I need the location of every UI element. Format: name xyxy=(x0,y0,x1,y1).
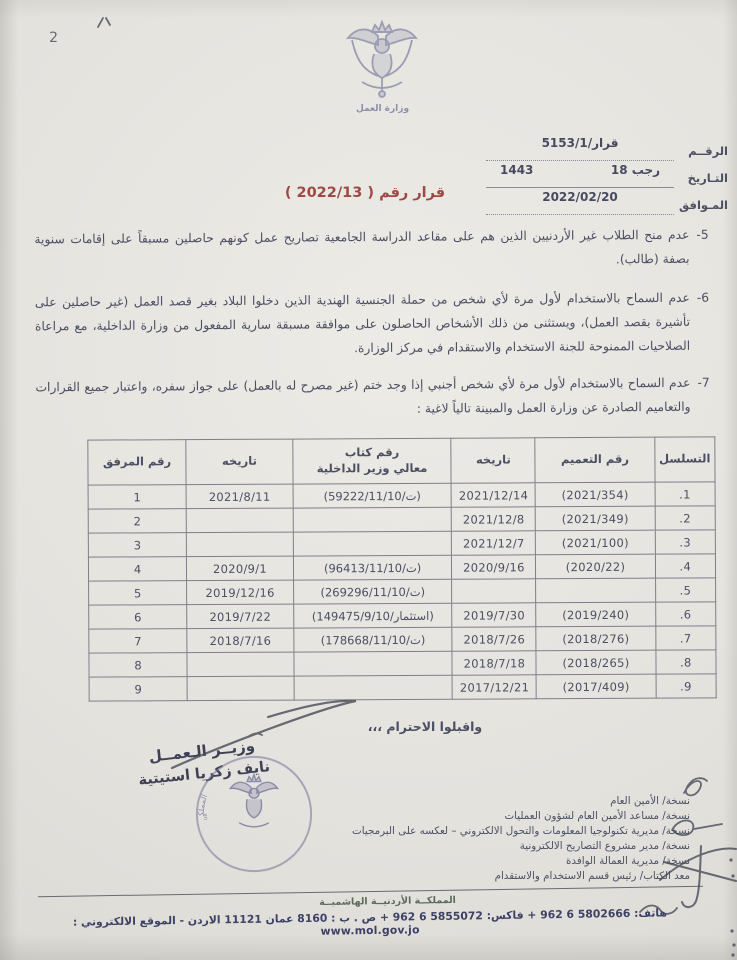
col-header-4: تاريخه xyxy=(186,439,293,485)
reference-block: الرقــم 5153/1/قرار التـاريخ 18 رجب 1443… xyxy=(478,136,730,217)
distribution-item: نسخة/ الأمين العام xyxy=(352,794,690,809)
cell-serial: .6 xyxy=(655,602,715,626)
distribution-item: معد الكتاب/ رئيس قسم الاستخدام والاستقدا… xyxy=(352,869,690,884)
cell-serial: .4 xyxy=(655,554,715,578)
decision-body: 5- عدم منح الطلاب غير الأردنيين الذين هم… xyxy=(34,224,717,425)
cell-circular-number: (2021/100) xyxy=(536,530,655,555)
paragraph-7-text: عدم السماح بالاستخدام لأول مرة لأي شخص أ… xyxy=(35,372,690,425)
cell-letter-date xyxy=(187,532,294,557)
hijri-year: 1443 xyxy=(500,163,533,187)
paragraph-5: 5- عدم منح الطلاب غير الأردنيين الذين هم… xyxy=(34,224,716,277)
col-header-3: رقم كتاب معالي وزير الداخلية xyxy=(293,438,452,484)
cell-interior-letter-number xyxy=(294,675,453,700)
cell-circular-date: 2021/12/14 xyxy=(452,483,536,507)
cell-circular-number: (2021/349) xyxy=(536,506,655,531)
cell-interior-letter-number xyxy=(294,651,453,676)
col-header-5: رقم المرفق xyxy=(88,440,186,486)
ref-number-row: الرقــم 5153/1/قرار xyxy=(478,136,730,163)
cell-attachment-number: 9 xyxy=(89,677,187,702)
cell-attachment-number: 7 xyxy=(89,629,187,654)
cell-circular-date: 2021/12/8 xyxy=(452,507,536,531)
pen-dots xyxy=(729,858,735,956)
table-row: .2(2021/349)2021/12/82 xyxy=(88,506,715,533)
ref-agreed-value: 2022/02/20 xyxy=(486,190,674,215)
cell-letter-date: 2019/12/16 xyxy=(187,580,294,605)
cell-circular-date: 2018/7/26 xyxy=(452,627,536,651)
col-header-1: رقم التعميم xyxy=(535,437,655,483)
hijri-day: 18 رجب xyxy=(611,163,660,187)
cell-circular-number xyxy=(536,578,655,603)
cell-circular-number: (2021/354) xyxy=(535,482,654,507)
distribution-item: نسخة/ مساعد الأمين العام لشؤون العمليات xyxy=(352,809,690,824)
footer-contact-line: هاتف: 5802666 6 962 + فاكس: 5855072 6 96… xyxy=(28,906,712,943)
distribution-item: نسخة/ مديرية تكنولوجيا المعلومات والتحول… xyxy=(352,824,690,839)
cell-serial: .7 xyxy=(655,626,715,650)
pen-loop-1 xyxy=(684,778,707,795)
cell-circular-number: (2020/22) xyxy=(536,554,655,579)
cell-interior-letter-number xyxy=(293,531,452,556)
stamp-emblem-icon xyxy=(230,775,277,827)
paragraph-6-text: عدم السماح بالاستخدام لأول مرة لأي شخص م… xyxy=(35,287,690,363)
paragraph-7: 7- عدم السماح بالاستخدام لأول مرة لأي شخ… xyxy=(35,371,717,424)
cell-letter-date: 2020/9/1 xyxy=(187,556,294,581)
cancelled-decisions-table: التسلسلرقم التعميمتاريخهرقم كتاب معالي و… xyxy=(87,436,716,701)
table-row: .8(2018/265)2018/7/188 xyxy=(89,650,716,677)
cell-letter-date: 2018/7/16 xyxy=(187,628,294,653)
cell-circular-date: 2019/7/30 xyxy=(452,603,536,627)
cell-interior-letter-number: (59222/ت/11/10) xyxy=(293,483,452,508)
cell-attachment-number: 3 xyxy=(88,533,186,558)
handwritten-page-number: 2 xyxy=(49,30,58,46)
cell-interior-letter-number: (96413/ت/11/10) xyxy=(293,555,452,580)
cell-circular-date: 2021/12/7 xyxy=(452,531,536,555)
cell-attachment-number: 4 xyxy=(88,557,186,582)
table-row: .6(2019/240)2019/7/30(149475/استثمار/9/1… xyxy=(89,602,716,629)
cell-interior-letter-number xyxy=(293,507,452,532)
paragraph-6: 6- عدم السماح بالاستخدام لأول مرة لأي شخ… xyxy=(35,287,717,364)
cell-attachment-number: 1 xyxy=(88,485,186,510)
cell-circular-number: (2019/240) xyxy=(536,602,655,627)
cell-circular-date xyxy=(452,579,536,603)
cell-serial: .1 xyxy=(655,482,715,506)
cell-letter-date: 2021/8/11 xyxy=(186,484,293,509)
ref-date-label: التـاريخ xyxy=(688,171,728,185)
paragraph-5-text: عدم منح الطلاب غير الأردنيين الذين هم عل… xyxy=(34,224,689,277)
cell-serial: .9 xyxy=(656,674,716,698)
cell-letter-date xyxy=(187,652,294,677)
cell-serial: .3 xyxy=(655,530,715,554)
col-header-0: التسلسل xyxy=(654,437,715,482)
jordan-coat-of-arms-icon xyxy=(332,18,432,104)
cell-letter-date: 2019/7/22 xyxy=(187,604,294,629)
table-header-row: التسلسلرقم التعميمتاريخهرقم كتاب معالي و… xyxy=(88,437,715,485)
cell-attachment-number: 8 xyxy=(89,653,187,678)
col-header-2: تاريخه xyxy=(451,438,535,483)
cell-serial: .2 xyxy=(655,506,715,530)
kingdom-name: المملكــة الأردنيــة الهاشميــة xyxy=(315,895,460,908)
ref-date-row: التـاريخ 18 رجب 1443 xyxy=(478,163,730,190)
distribution-list: نسخة/ الأمين العامنسخة/ مساعد الأمين الع… xyxy=(352,794,690,884)
ref-number-value: 5153/1/قرار xyxy=(486,136,674,161)
cell-serial: .5 xyxy=(655,578,715,602)
table-row: .9(2017/409)2017/12/219 xyxy=(89,674,716,701)
cell-serial: .8 xyxy=(656,650,716,674)
cell-circular-number: (2018/276) xyxy=(536,626,655,651)
paragraph-6-number: 6- xyxy=(697,287,718,359)
closing-phrase: واقبلوا الاحترام ،،، xyxy=(340,719,510,734)
paragraph-5-number: 5- xyxy=(696,224,716,272)
cell-attachment-number: 2 xyxy=(88,509,186,534)
paragraph-7-number: 7- xyxy=(697,371,717,419)
ref-agreed-label: المـوافق xyxy=(679,198,728,212)
ref-agreed-row: المـوافق 2022/02/20 xyxy=(478,190,730,217)
cell-interior-letter-number: (149475/استثمار/9/10) xyxy=(293,603,452,628)
table-row: .1(2021/354)2021/12/14(59222/ت/11/10)202… xyxy=(88,482,715,509)
ministry-name: وزارة العمل xyxy=(300,104,465,114)
table-row: .3(2021/100)2021/12/73 xyxy=(88,530,715,557)
scanned-document: وزارة العمل الرقــم 5153/1/قرار التـاريخ… xyxy=(0,0,737,960)
cell-attachment-number: 6 xyxy=(89,605,187,630)
ref-date-value: 18 رجب 1443 xyxy=(486,163,674,188)
cell-circular-date: 2020/9/16 xyxy=(452,555,536,579)
cell-attachment-number: 5 xyxy=(89,581,187,606)
table-row: .5(269296/ت/11/10)2019/12/165 xyxy=(89,578,716,605)
cell-interior-letter-number: (269296/ت/11/10) xyxy=(293,579,452,604)
cell-circular-date: 2018/7/18 xyxy=(452,651,536,675)
ministry-round-stamp: المملكة الأردنية الهاشمية ـ وزارة العمل … xyxy=(190,750,318,878)
cell-circular-date: 2017/12/21 xyxy=(453,675,537,699)
decision-title: قرار رقم ( 2022/13 ) xyxy=(245,185,485,201)
table-body: .1(2021/354)2021/12/14(59222/ت/11/10)202… xyxy=(88,482,716,701)
cell-circular-number: (2017/409) xyxy=(536,674,655,699)
table-row: .7(2018/276)2018/7/26(178668/ت/11/10)201… xyxy=(89,626,716,653)
table-row: .4(2020/22)2020/9/16(96413/ت/11/10)2020/… xyxy=(88,554,715,581)
cell-letter-date xyxy=(187,676,294,701)
ref-number-label: الرقــم xyxy=(688,144,728,158)
cell-letter-date xyxy=(186,508,293,533)
pen-tick-top xyxy=(98,18,110,27)
cell-interior-letter-number: (178668/ت/11/10) xyxy=(294,627,453,652)
cell-circular-number: (2018/265) xyxy=(536,650,655,675)
distribution-item: نسخة/ مديرية العمالة الوافدة xyxy=(352,854,690,869)
distribution-item: نسخة/ مدير مشروع التصاريح الالكترونية xyxy=(352,839,690,854)
